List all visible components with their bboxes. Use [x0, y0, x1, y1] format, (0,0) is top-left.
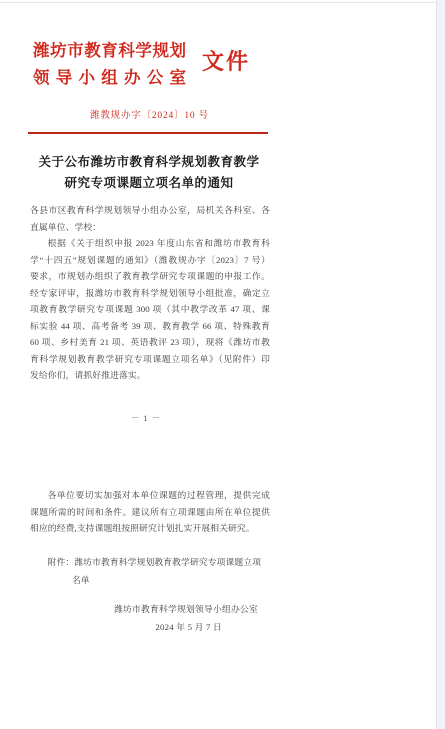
org-name-line1: 潍坊市教育科学规划: [33, 37, 186, 64]
body-line: 标实验 44 项、高考备考 39 项、教育教学 66 项、特殊教育: [30, 318, 270, 335]
body-line: 直属单位、学校：: [30, 219, 270, 236]
body-line: 发给你们，请抓好推进落实。: [30, 367, 270, 384]
body-line: 各县市区教育科学规划领导小组办公室，局机关各科室、各: [30, 202, 270, 219]
document-title-line1: 关于公布潍坊市教育科学规划教育教学: [22, 152, 276, 173]
signature-block: 潍坊市教育科学规划领导小组办公室 2024 年 5 月 7 日: [30, 601, 258, 636]
org-name-line2: 领导小组办公室: [33, 64, 186, 91]
body-line: 相应的经费,支持课题组按照研究计划扎实开展相关研究。: [30, 520, 270, 537]
attachment-line1: 附件：潍坊市教育科学规划教育教学研究专项课题立项: [30, 554, 270, 572]
body-line: 育科学规划教育教学研究专项课题立项名单》（见附件）印: [30, 351, 270, 368]
doc-type-label: 文件: [202, 49, 250, 75]
doc-number: 潍教规办字〔2024〕10 号: [30, 107, 269, 121]
body-line: 根据《关于组织申报 2023 年度山东省和潍坊市教育科: [30, 235, 270, 252]
signature-org: 潍坊市教育科学规划领导小组办公室: [30, 601, 258, 619]
body-line: 60 项、乡村美育 21 项、英语教评 23 项），现将《潍坊市教: [30, 334, 270, 351]
body-line: 项教育教学研究专项课题 300 项（其中教学改革 47 项、课: [30, 301, 270, 318]
page-top-edge: [0, 2, 437, 3]
body-line: 各单位要切实加强对本单位课题的过程管理，提供完成: [30, 487, 270, 504]
body-text-part2: 各单位要切实加强对本单位课题的过程管理，提供完成课题所需的时间和条件。建议所有立…: [30, 487, 270, 537]
body-line: 课题所需的时间和条件。建议所有立项课题由所在单位提供: [30, 504, 270, 521]
letterhead-org-name: 潍坊市教育科学规划 领导小组办公室: [33, 37, 186, 91]
letterhead-divider-rule: [28, 132, 268, 134]
body-line: 经专家评审，报潍坊市教育科学规划领导小组批准，确定立: [30, 285, 270, 302]
attachment-line2: 名单: [30, 572, 270, 590]
document-title-line2: 研究专项课题立项名单的通知: [22, 173, 276, 194]
body-line: 学“十四五”规划课题的通知》（潍教规办字〔2023〕7 号）: [30, 252, 270, 269]
document-title: 关于公布潍坊市教育科学规划教育教学 研究专项课题立项名单的通知: [22, 152, 276, 194]
signature-date: 2024 年 5 月 7 日: [30, 619, 258, 637]
body-text-part1: 各县市区教育科学规划领导小组办公室，局机关各科室、各直属单位、学校：根据《关于组…: [30, 202, 270, 384]
page-right-edge: [436, 0, 445, 729]
body-line: 要求，市规划办组织了教育教学研究专项课题的申报工作。: [30, 268, 270, 285]
scanned-document-page: 潍坊市教育科学规划 领导小组办公室 文件 潍教规办字〔2024〕10 号 关于公…: [0, 0, 445, 729]
page-number: － 1 －: [30, 412, 262, 424]
attachment-note: 附件：潍坊市教育科学规划教育教学研究专项课题立项 名单: [30, 554, 270, 589]
